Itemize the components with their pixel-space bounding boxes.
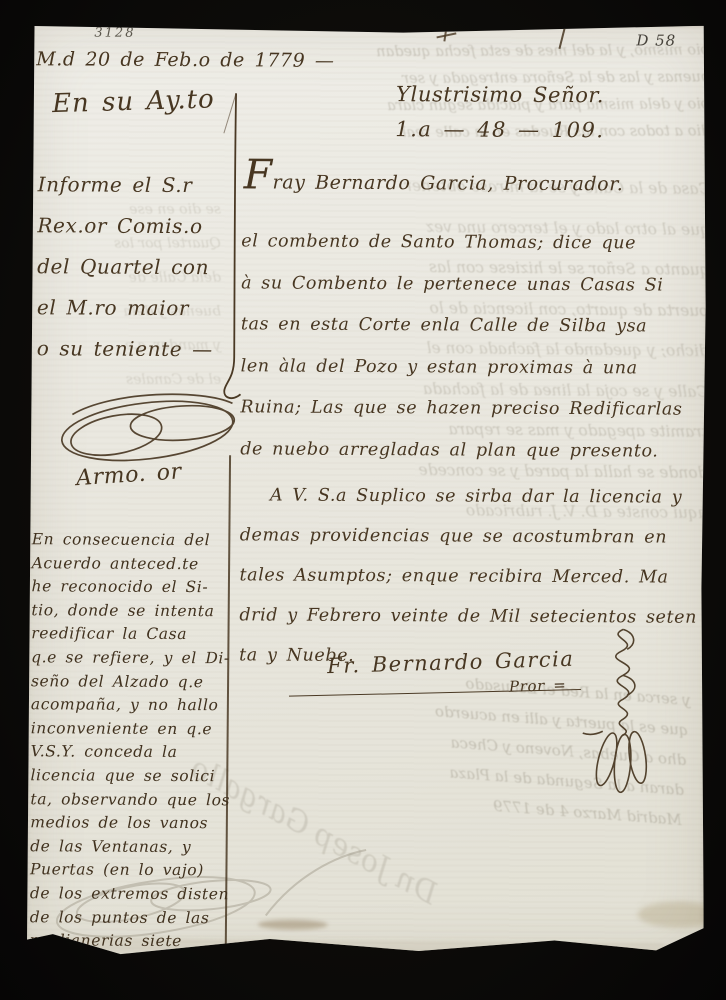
decree-line: del Quartel con [37,246,237,288]
manuscript-paper: pio mismo, y la del mes de esta fecha qu… [26,22,709,964]
signature-title: Pror = [509,676,567,696]
corregidor-rubric-abbreviation: Armo. or [75,459,182,491]
file-numbers: 1.a — 48 — 109. [350,117,650,143]
petition-line: tas en esta Corte enla Calle de Silba ys… [241,304,715,348]
rubric-flourish [52,384,242,473]
report-line: de los extremos disten [30,882,228,907]
decree-line: el M.ro maior [37,287,237,329]
corner-reference: D 58 [636,31,676,49]
decree-line: Informe el S.r [38,164,238,206]
margin-decree-note: Informe el S.r Rex.or Comis.o del Quarte… [37,164,238,370]
margin-report-note: En consecuencia del Acuerdo anteced.te h… [30,528,230,954]
report-line: acompaña, y no hallo [31,693,229,718]
decree-line: Rex.or Comis.o [37,205,237,247]
report-line: he reconocido el Si- [31,575,229,600]
salutation: Ylustrisimo Señor. [350,82,650,108]
petition-body: el combento de Santo Thomas; dice que à … [240,221,715,472]
docket-session-note: En su Ay.to [52,84,215,119]
report-line: Acuerdo anteced.te [32,552,230,577]
report-line: q.e se refiere, y el Di- [31,646,229,671]
stray-ink-mark [558,25,565,49]
edge-stain [638,901,720,927]
petition-line: len àla del Pozo y estan proximas à una [241,346,715,390]
report-line: seño del Alzado q.e [31,670,229,695]
petition-line: el combento de Santo Thomas; dice que [241,221,715,265]
signature-rubric-flourish [574,623,675,799]
archive-number-pencil: 3128 [94,26,135,41]
petition-line: de nuebo arregladas al plan que presento… [240,429,714,473]
petitioner-line: Fray Bernardo Garcia, Procurador. [244,163,714,195]
report-line: En consecuencia del [32,528,230,553]
petition-line: demas providencias que se acostumbran en [240,515,714,557]
docket-date-note: M.d 20 de Feb.o de 1779 — [36,48,334,72]
report-line: medianerias siete [30,929,228,954]
decree-line: o su teniente — [37,328,237,370]
report-line: tio, donde se intenta [31,599,229,624]
report-line: de las Ventanas, y [30,835,228,860]
report-line: ta, observando que los [30,788,228,813]
report-line: V.S.Y. conceda la [31,741,229,766]
petition-line: tales Asumptos; enque recibira Merced. M… [239,555,713,597]
report-line: licencia que se solici [30,764,228,789]
petition-line: Ruina; Las que se hazen preciso Redifica… [240,387,714,431]
report-line: Puertas (en lo vajo) [30,859,228,884]
report-line: medios de los vanos [30,811,228,836]
report-line: de los puntos de las [30,906,228,931]
petition-line: à su Combento le pertenece unas Casas Si [241,263,715,307]
report-line: reedificar la Casa [31,623,229,648]
report-line: inconveniente en q.e [31,717,229,742]
scanned-manuscript-page: { "document_type": "Manuscript petition,… [0,0,726,1000]
petition-line: A V. S.a Suplico se sirba dar la licenci… [240,475,714,517]
stray-ink-mark [436,32,456,38]
